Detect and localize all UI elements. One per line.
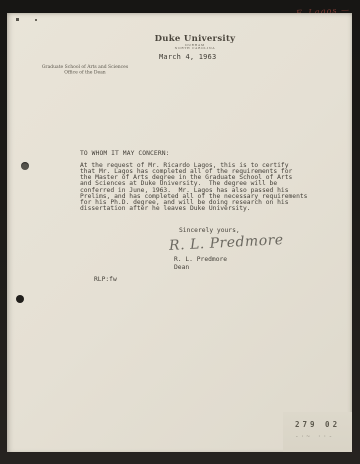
punch-hole-top — [21, 162, 29, 170]
archive-stamp-number: 279 02 — [295, 420, 340, 429]
letterhead-office: Office of the Dean — [40, 70, 130, 75]
typist-initials: RLP:fw — [94, 276, 117, 283]
signer-name: R. L. Predmore — [174, 256, 227, 263]
letterhead-department-block: Graduate School of Arts and Sciences Off… — [40, 65, 130, 75]
letter-date: March 4, 1963 — [159, 53, 216, 61]
handwritten-signature: R. L. Predmore — [169, 232, 284, 254]
signer-title: Dean — [174, 264, 189, 271]
staple-mark — [16, 18, 19, 21]
letterhead-institution: Duke University — [145, 34, 245, 44]
letterhead: Duke University DURHAM NORTH CAROLINA — [145, 34, 245, 53]
letter-body: At the request of Mr. Ricardo Lagos, thi… — [80, 163, 307, 212]
punch-hole-bottom — [16, 295, 24, 303]
pencil-marks: -·~ ··- — [295, 433, 334, 440]
letter-page: Duke University DURHAM NORTH CAROLINA Ma… — [7, 13, 352, 452]
archive-stamp-patch: 279 02 -·~ ··- — [283, 412, 352, 452]
salutation: TO WHOM IT MAY CONCERN: — [80, 150, 170, 157]
closing-line: Sincerely yours, — [179, 227, 240, 234]
letterhead-state: NORTH CAROLINA — [170, 47, 220, 50]
paper-speck — [35, 19, 37, 21]
